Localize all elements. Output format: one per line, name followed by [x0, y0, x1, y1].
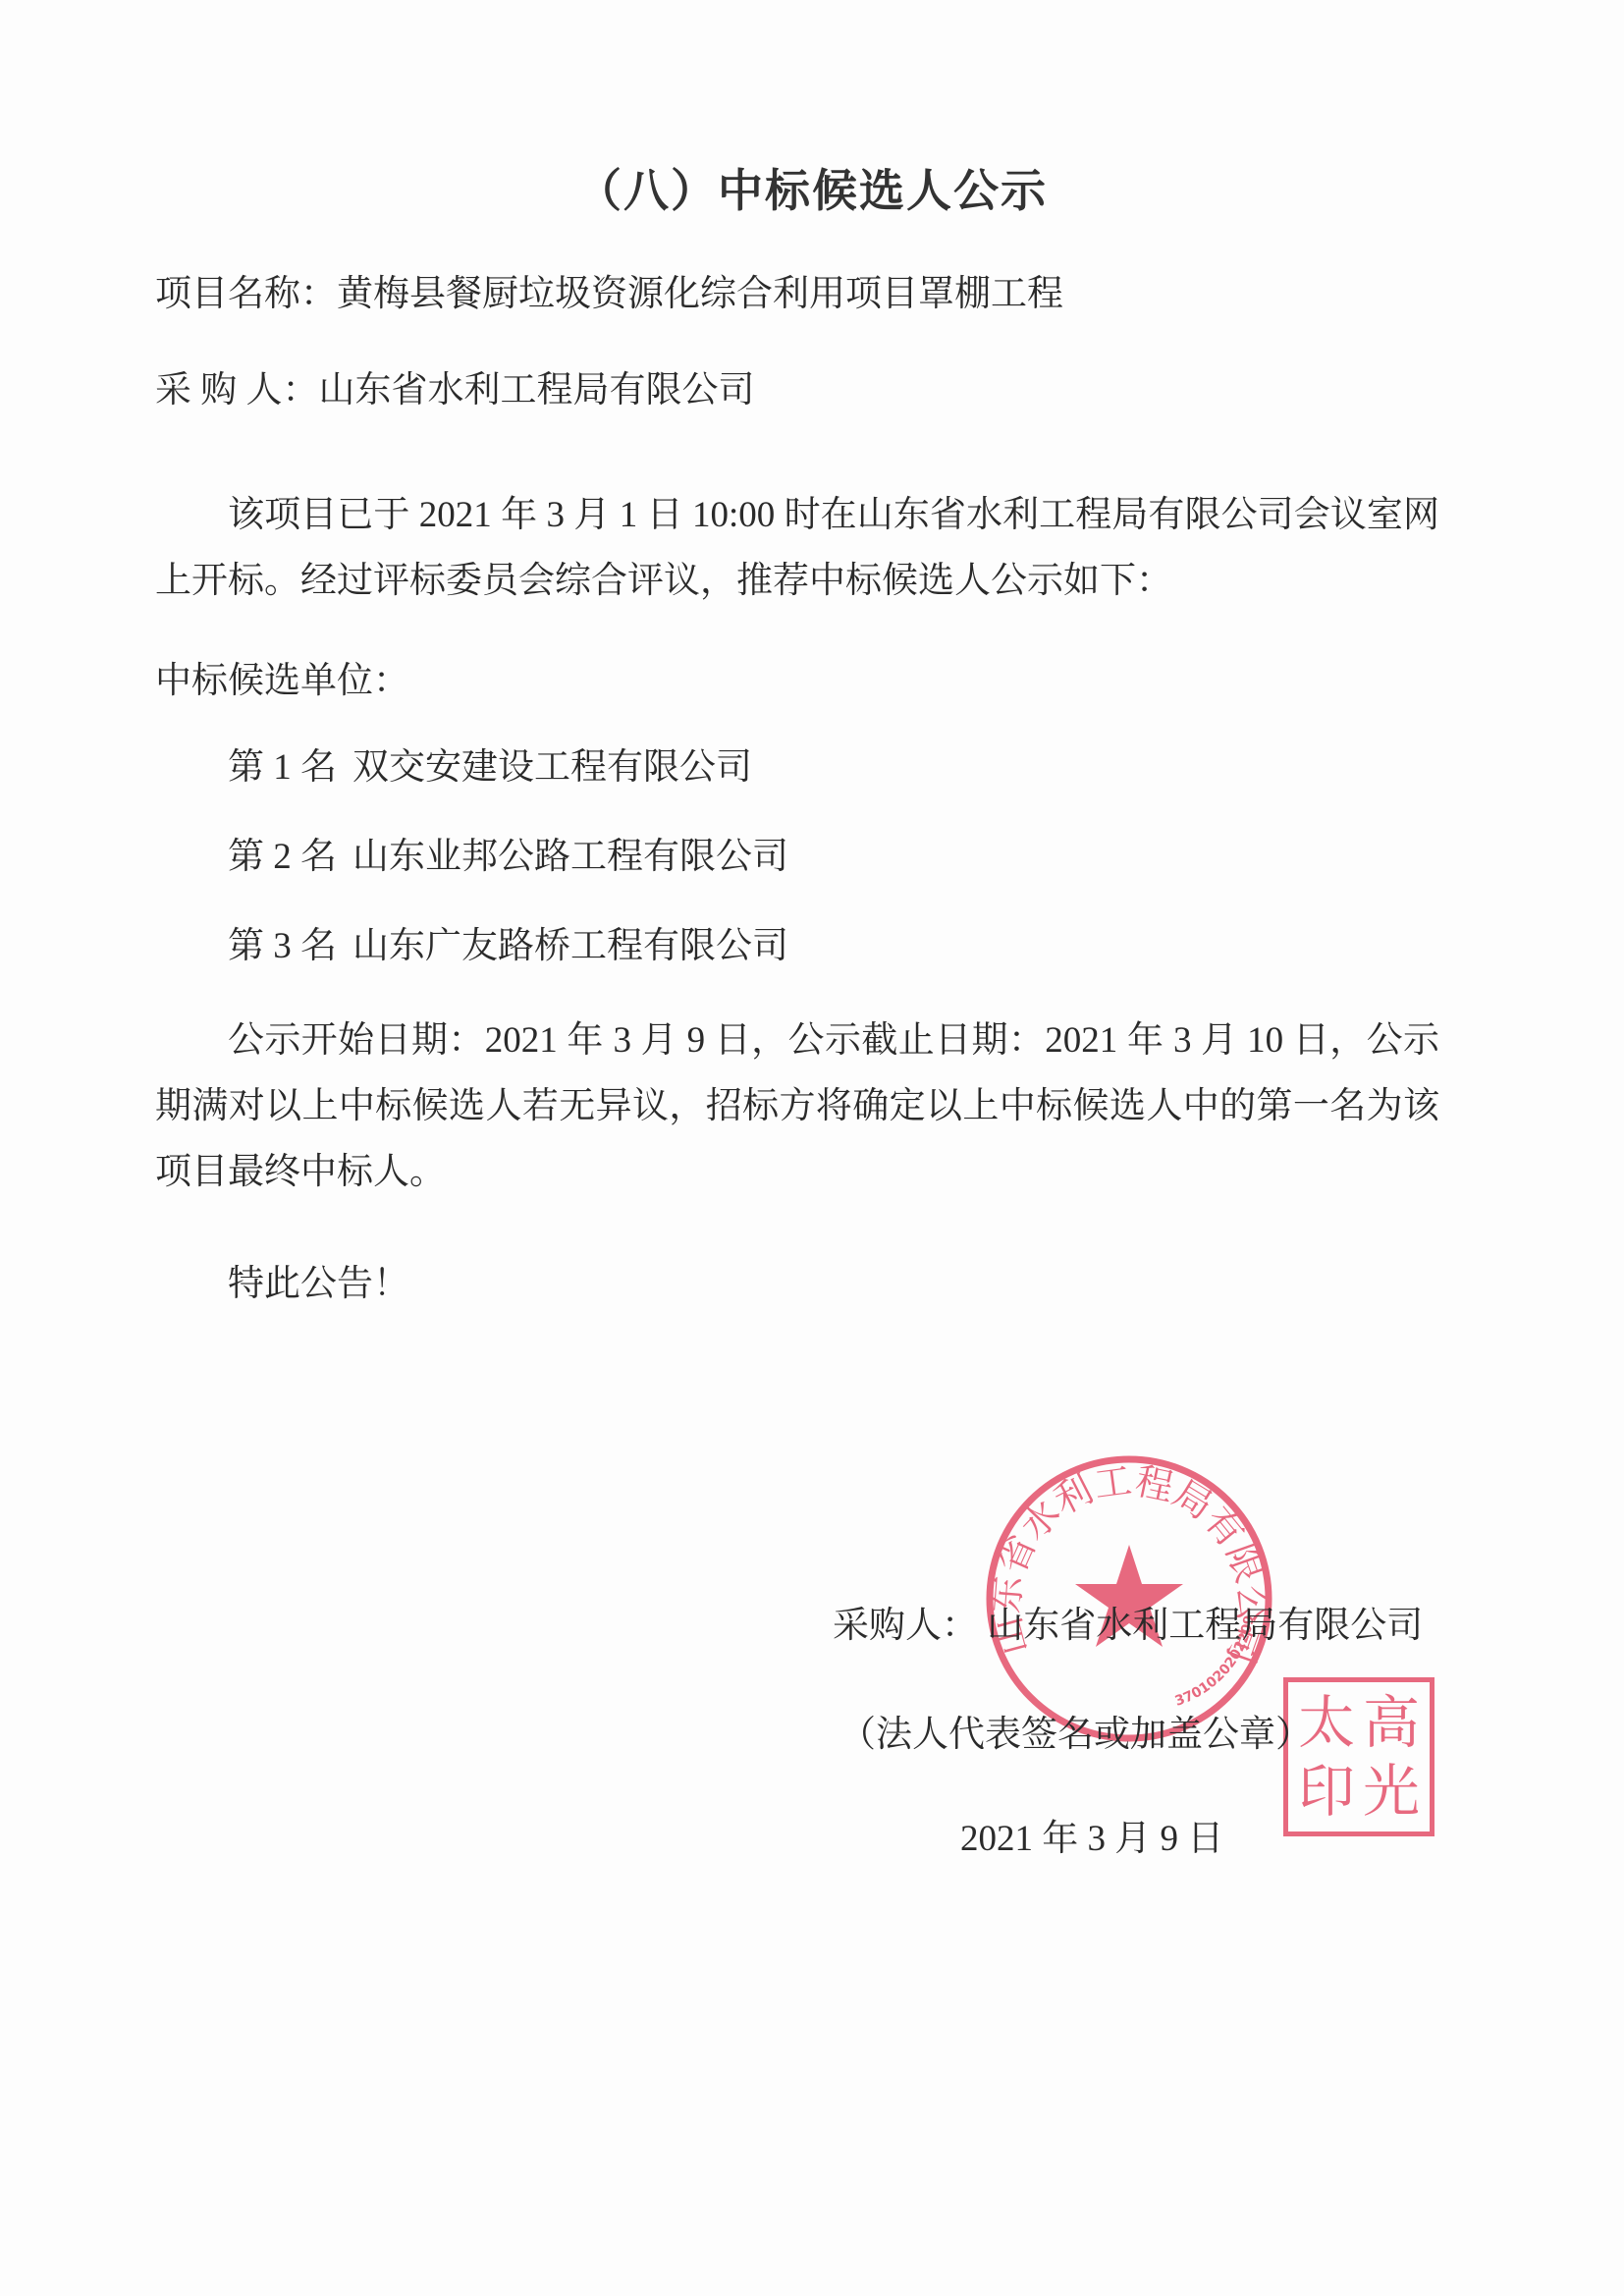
candidate-name: 双交安建设工程有限公司: [352, 747, 752, 788]
candidate-rank: 第 3 名: [228, 926, 337, 966]
personal-square-seal: 太 高 印 光: [1283, 1677, 1435, 1836]
intro-paragraph: 该项目已于 2021 年 3 月 1 日 10:00 时在山东省水利工程局有限公…: [155, 482, 1439, 614]
seal-char: 光: [1359, 1757, 1424, 1826]
candidates-heading: 中标候选单位：: [155, 660, 409, 703]
candidate-row: 第 1 名双交安建设工程有限公司: [228, 746, 752, 790]
seal-char: 印: [1294, 1757, 1359, 1826]
candidate-rank: 第 2 名: [228, 837, 337, 877]
signature-date: 2021 年 3 月 9 日: [960, 1818, 1223, 1861]
candidate-row: 第 2 名山东业邦公路工程有限公司: [228, 836, 788, 879]
signature-purchaser: 采购人： 山东省水利工程局有限公司: [833, 1605, 1423, 1648]
notice-paragraph: 公示开始日期：2021 年 3 月 9 日，公示截止日期：2021 年 3 月 …: [155, 1008, 1439, 1205]
candidate-row: 第 3 名山东广友路桥工程有限公司: [228, 925, 788, 968]
purchaser-label: 采 购 人：: [155, 370, 319, 410]
closing-text: 特此公告！: [228, 1263, 409, 1306]
purchaser-row: 采 购 人：山东省水利工程局有限公司: [155, 369, 755, 412]
seal-char: 高: [1359, 1688, 1424, 1757]
project-label: 项目名称：: [155, 274, 337, 314]
candidate-name: 山东业邦公路工程有限公司: [352, 837, 788, 877]
candidate-name: 山东广友路桥工程有限公司: [352, 926, 788, 966]
page-title: （八）中标候选人公示: [0, 155, 1624, 220]
official-round-seal: 山东省水利工程局有限公司 3701020202209: [982, 1451, 1276, 1746]
project-name: 黄梅县餐厨垃圾资源化综合利用项目罩棚工程: [337, 274, 1063, 314]
document-page: （八）中标候选人公示 项目名称：黄梅县餐厨垃圾资源化综合利用项目罩棚工程 采 购…: [0, 0, 1624, 2296]
project-name-row: 项目名称：黄梅县餐厨垃圾资源化综合利用项目罩棚工程: [155, 273, 1063, 316]
candidate-rank: 第 1 名: [228, 747, 337, 788]
signature-legal-note: （法人代表签名或加盖公章）: [839, 1714, 1312, 1757]
purchaser-name: 山东省水利工程局有限公司: [319, 370, 755, 410]
